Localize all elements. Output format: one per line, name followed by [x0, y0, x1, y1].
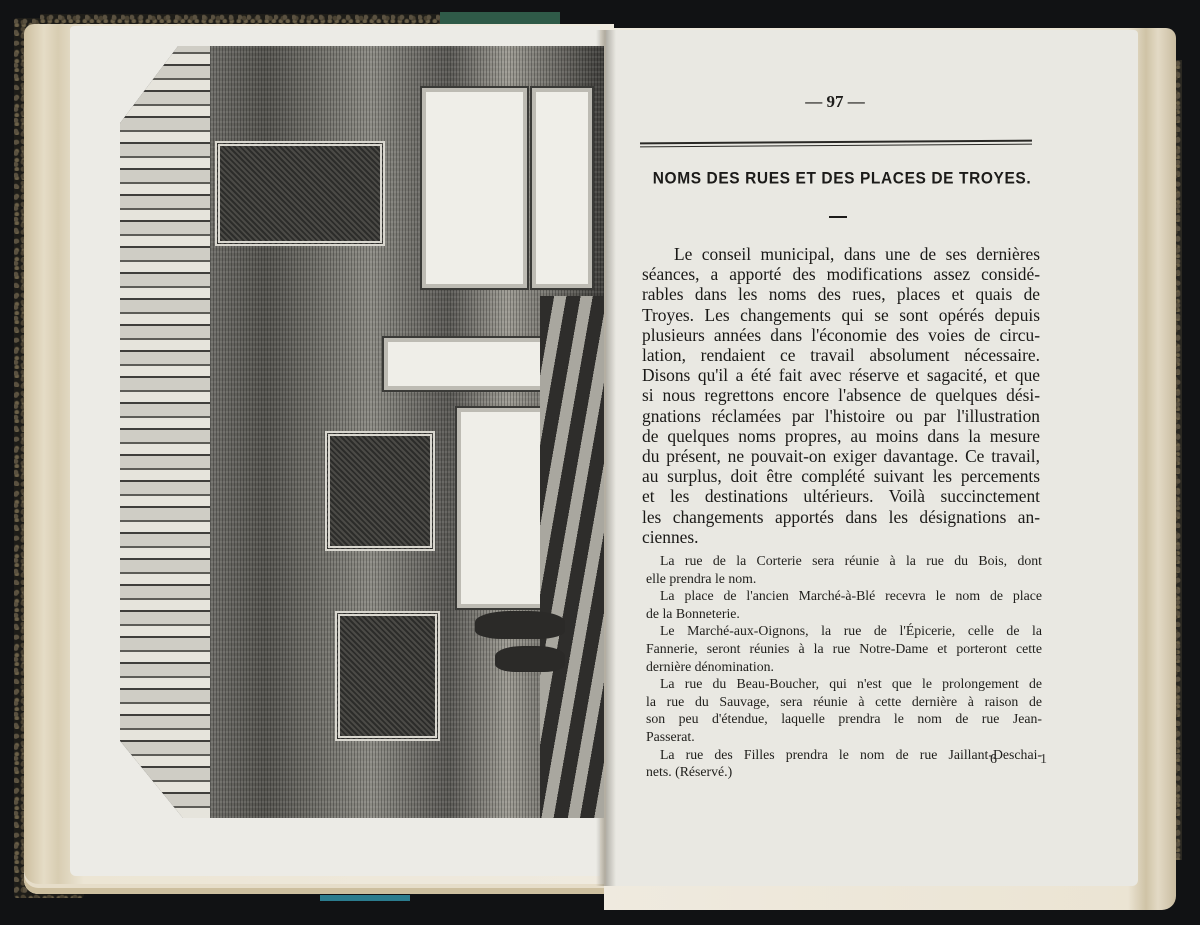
page-number: — 97 — — [790, 92, 880, 112]
engraving-ceiling-band — [120, 46, 210, 818]
intro-line: les changements apportés dans les désign… — [642, 507, 1040, 527]
intro-line: et les destinations ultérieurs. Voilà su… — [642, 486, 1040, 506]
entry-line: La rue du Beau-Boucher, qui n'est que le… — [646, 675, 1042, 693]
intro-line: ciennes. — [642, 527, 1040, 547]
intro-line: gnations réclamées par l'histoire ou par… — [642, 406, 1040, 426]
entry-line: La rue des Filles prendra le nom de rue … — [646, 746, 1042, 764]
engraving-painting-middle — [325, 431, 435, 551]
intro-line: séances, a apporté des modifications ass… — [642, 264, 1040, 284]
entry-line: Fannerie, seront réunies à la rue Notre-… — [646, 640, 1042, 658]
engraving-figure-2 — [495, 646, 565, 672]
entry-line: la rue du Sauvage, sera réunie à cette d… — [646, 693, 1042, 711]
engraving-painting-bottom — [335, 611, 440, 741]
intro-line: si nous regrettons encore l'absence de q… — [642, 385, 1040, 405]
engraving-window-column-2 — [530, 86, 594, 290]
engraving-arch-panel — [382, 336, 561, 392]
intro-line: Disons qu'il a été fait avec réserve et … — [642, 365, 1040, 385]
intro-paragraph: Le conseil municipal, dans une de ses de… — [642, 244, 1040, 547]
engraving-floor — [540, 296, 604, 818]
engraving-illustration — [120, 46, 604, 818]
entry-line: de la Bonneterie. — [646, 605, 1042, 623]
intro-line: lation, rendaient ce travail absolument … — [642, 345, 1040, 365]
intro-line: Troyes. Les changements qui se sont opér… — [642, 305, 1040, 325]
entry-line: nets. (Réservé.) — [646, 763, 1042, 781]
engraving-painting-top — [215, 141, 385, 246]
title-short-rule — [829, 216, 847, 218]
entry-line: son peu d'étendue, laquelle prendra le n… — [646, 710, 1042, 728]
engraving-window-column — [420, 86, 529, 290]
intro-line: au surplus, doit être complété suivant l… — [642, 466, 1040, 486]
entry-line: La rue de la Corterie sera réunie à la r… — [646, 552, 1042, 570]
intro-line: rables dans les noms des rues, places et… — [642, 284, 1040, 304]
engraving-figure-1 — [475, 611, 565, 639]
entry-line: Le Marché-aux-Oignons, la rue de l'Épice… — [646, 622, 1042, 640]
entry-line: Passerat. — [646, 728, 1042, 746]
intro-line: plusieurs années dans l'économie des voi… — [642, 325, 1040, 345]
engraving-window-lower — [455, 406, 549, 610]
corner-mark: 1 — [1040, 752, 1047, 768]
cover-blue-strip — [320, 895, 410, 901]
intro-line: Le conseil municipal, dans une de ses de… — [642, 244, 1040, 264]
entry-line: elle prendra le nom. — [646, 570, 1042, 588]
signature-number: 6 — [990, 752, 997, 768]
entry-line: La place de l'ancien Marché-à-Blé recevr… — [646, 587, 1042, 605]
section-title: NOMS DES RUES ET DES PLACES DE TROYES. — [652, 169, 1032, 189]
entry-line: dernière dénomination. — [646, 658, 1042, 676]
intro-line: du présent, ne pouvait-on exiger davanta… — [642, 446, 1040, 466]
intro-line: de quelques noms propres, au moins dans … — [642, 426, 1040, 446]
street-changes-list: La rue de la Corterie sera réunie à la r… — [646, 552, 1042, 781]
